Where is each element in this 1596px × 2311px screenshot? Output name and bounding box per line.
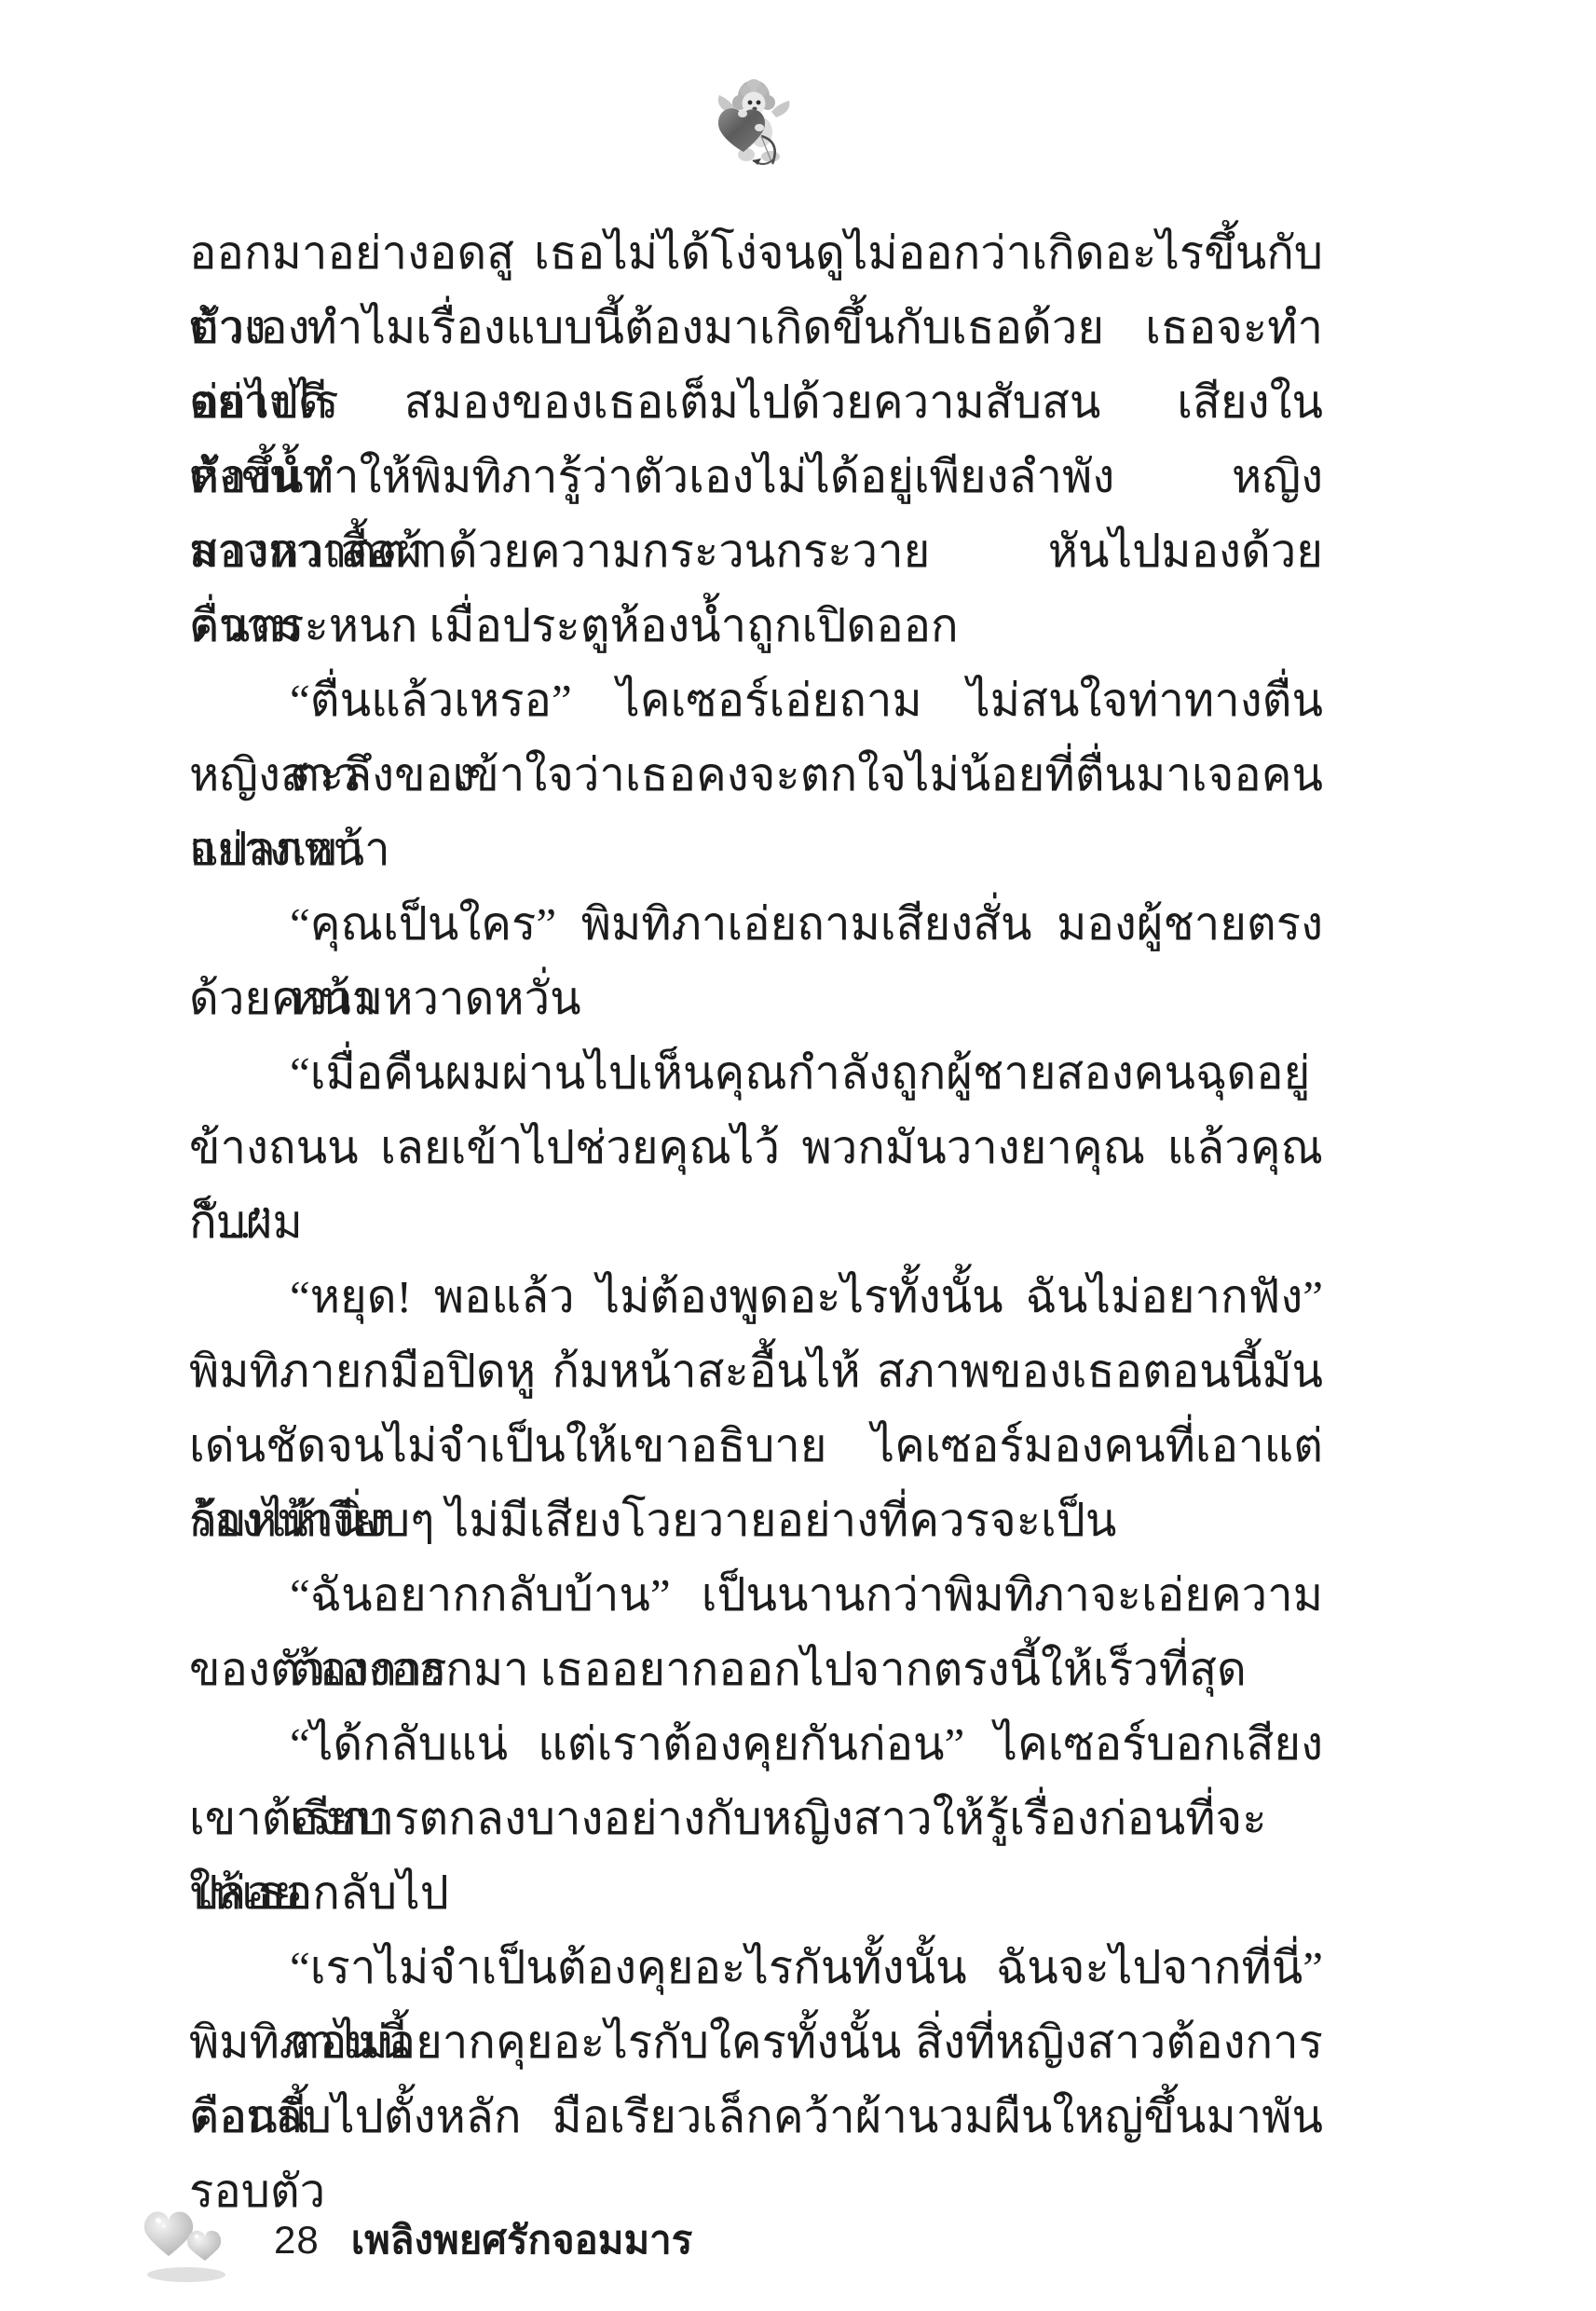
text-line: ต่อไปดี สมองของเธอเต็มไปด้วยความสับสน เส… [189,365,1323,440]
text-line: ด้วยความหวาดหวั่น [189,962,1323,1036]
text-line: พิมทิภายกมือปิดหู ก้มหน้าสะอื้นไห้ สภาพข… [189,1334,1323,1409]
text-line: เขาต้องการตกลงบางอย่างกับหญิงสาวให้รู้เร… [189,1782,1323,1856]
text-line: ของตัวเองออกมา เธออยากออกไปจากตรงนี้ให้เ… [189,1633,1323,1707]
text-line: “เราไม่จำเป็นต้องคุยอะไรกันทั้งนั้น ฉันจ… [189,1931,1323,2005]
cupid-holding-heart-icon [711,76,798,171]
text-line: อย่างเขา [189,813,1323,887]
text-line: เด่นชัดจนไม่จำเป็นให้เขาอธิบาย ไคเซอร์มอ… [189,1409,1323,1484]
text-line: บ้าง ทำไมเรื่องแบบนี้ต้องมาเกิดขึ้นกับเธ… [189,291,1323,365]
page-text: ออกมาอย่างอดสู เธอไม่ได้โง่จนดูไม่ออกว่า… [189,216,1323,2154]
text-line: ก็...” [189,1185,1323,1260]
text-line: ดังขึ้นทำให้พิมทิภารู้ว่าตัวเองไม่ได้อยู… [189,440,1323,514]
page-footer: 28 เพลิงพยศรักจอมมาร [140,2197,692,2283]
book-page: ออกมาอย่างอดสู เธอไม่ได้โง่จนดูไม่ออกว่า… [0,0,1596,2311]
text-line: ร้องไห้เงียบๆ ไม่มีเสียงโวยวายอย่างที่คว… [189,1484,1323,1558]
text-line: “ตื่นแล้วเหรอ” ไคเซอร์เอ่ยถาม ไม่สนใจท่า… [189,663,1323,738]
text-line: ออกมาอย่างอดสู เธอไม่ได้โง่จนดูไม่ออกว่า… [189,216,1323,291]
text-line: ตื่นตระหนก เมื่อประตูห้องน้ำถูกเปิดออก [189,589,1323,663]
text-line: หญิงสาว เข้าใจว่าเธอคงจะตกใจไม่น้อยที่ตื… [189,738,1323,813]
text-line: “คุณเป็นใคร” พิมทิภาเอ่ยถามเสียงสั่น มอง… [189,887,1323,962]
book-title: เพลิงพยศรักจอมมาร [351,2209,693,2271]
text-line: “หยุด! พอแล้ว ไม่ต้องพูดอะไรทั้งนั้น ฉัน… [189,1260,1323,1334]
page-number: 28 [274,2218,320,2263]
text-line: ข้างถนน เลยเข้าไปช่วยคุณไว้ พวกมันวางยาค… [189,1111,1323,1185]
text-line: พิมทิภาไม่อยากคุยอะไรกับใครทั้งนั้น สิ่ง… [189,2005,1323,2080]
text-line: ให้เธอกลับไป [189,1856,1323,1931]
text-line: “เมื่อคืนผมผ่านไปเห็นคุณกำลังถูกผู้ชายสอ… [189,1036,1323,1111]
text-line: “ฉันอยากกลับบ้าน” เป็นนานกว่าพิมทิภาจะเอ… [189,1558,1323,1633]
text-line: “ได้กลับแน่ แต่เราต้องคุยกันก่อน” ไคเซอร… [189,1707,1323,1782]
text-line: มองหาเสื้อผ้าด้วยความกระวนกระวาย หันไปมอ… [189,514,1323,589]
twin-hearts-icon [140,2204,231,2284]
text-line: คือกลับไปตั้งหลัก มือเรียวเล็กคว้าผ้านวม… [189,2080,1323,2154]
